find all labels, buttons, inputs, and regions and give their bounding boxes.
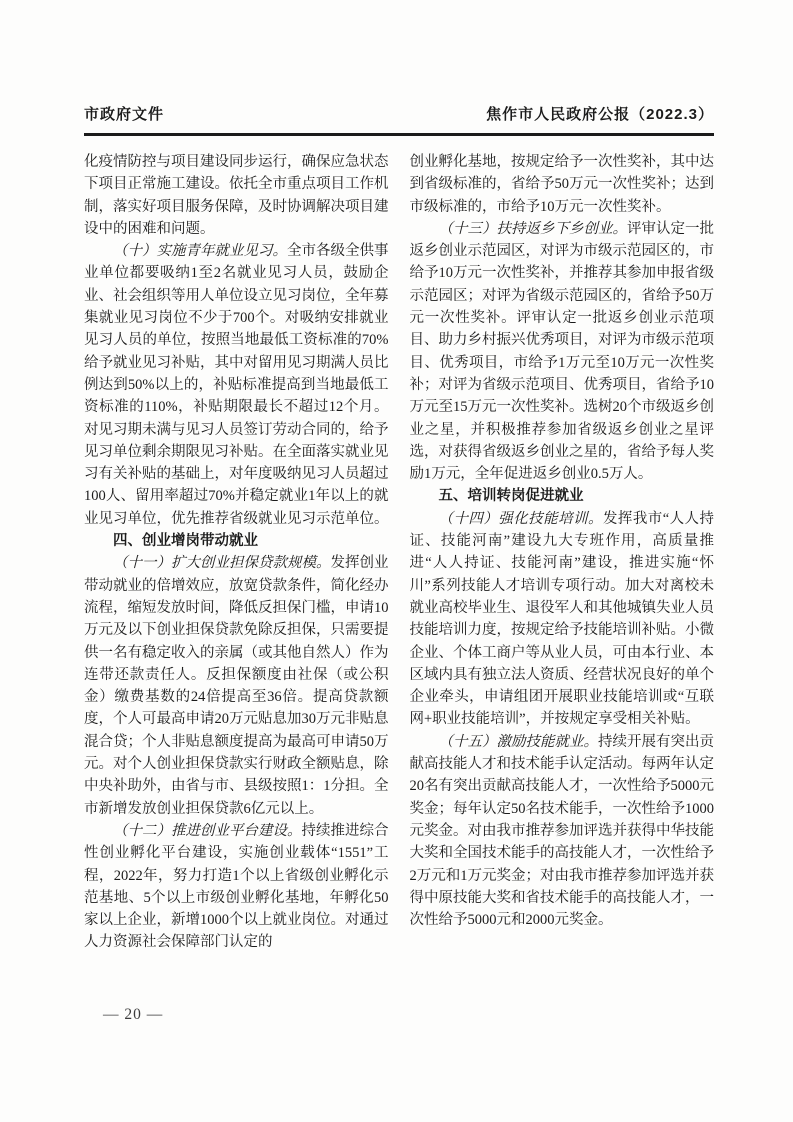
paragraph-item-14: （十四）强化技能培训。发挥我市“人人持证、技能河南”建设九大专班作用，高质量推进… [410, 508, 715, 731]
item-15-title: （十五）激励技能就业。 [439, 734, 599, 750]
section-heading-5: 五、培训转岗促进就业 [410, 485, 715, 507]
header-left-title: 市政府文件 [84, 103, 164, 124]
paragraph-item-10: （十）实施青年就业见习。全市各级全供事业单位都要吸纳1至2名就业见习人员，鼓励企… [84, 240, 389, 530]
body-columns: 化疫情防控与项目建设同步运行，确保应急状态下项目正常施工建设。依托全市重点项目工… [84, 151, 714, 1003]
item-11-title: （十一）扩大创业担保贷款规模。 [113, 555, 331, 571]
item-11-body: 发挥创业带动就业的倍增效应，放宽贷款条件，简化经办流程，缩短发放时间，降低反担保… [84, 555, 389, 816]
item-13-title: （十三）扶持返乡下乡创业。 [439, 221, 628, 237]
page-number: — 20 — [103, 1006, 163, 1024]
continuation-paragraph: 化疫情防控与项目建设同步运行，确保应急状态下项目正常施工建设。依托全市重点项目工… [84, 151, 389, 240]
header-double-rule [84, 133, 714, 136]
item-15-body: 持续开展有突出贡献高技能人才和技术能手认定活动。每两年认定20名有突出贡献高技能… [410, 734, 715, 928]
item-12-title: （十二）推进创业平台建设。 [113, 823, 302, 839]
left-column: 化疫情防控与项目建设同步运行，确保应急状态下项目正常施工建设。依托全市重点项目工… [84, 151, 389, 1003]
item-10-body: 全市各级全供事业单位都要吸纳1至2名就业见习人员，鼓励企业、社会组织等用人单位设… [84, 243, 389, 527]
continuation-paragraph: 创业孵化基地，按规定给予一次性奖补，其中达到省级标准的，省给予50万元一次性奖补… [410, 151, 715, 218]
item-14-title: （十四）强化技能培训。 [439, 511, 603, 527]
header-right-title: 焦作市人民政府公报（2022.3） [486, 103, 714, 124]
paragraph-item-11: （十一）扩大创业担保贷款规模。发挥创业带动就业的倍增效应，放宽贷款条件，简化经办… [84, 552, 389, 820]
document-page: 市政府文件 焦作市人民政府公报（2022.3） 化疫情防控与项目建设同步运行，确… [84, 0, 714, 1003]
item-14-body: 发挥我市“人人持证、技能河南”建设九大专班作用，高质量推进“人人持证、技能河南”… [410, 511, 715, 728]
section-heading-4: 四、创业增岗带动就业 [84, 530, 389, 552]
item-10-title: （十）实施青年就业见习。 [113, 243, 287, 259]
paragraph-item-13: （十三）扶持返乡下乡创业。评审认定一批返乡创业示范园区，对评为市级示范园区的，市… [410, 218, 715, 486]
page-header: 市政府文件 焦作市人民政府公报（2022.3） [84, 0, 714, 124]
paragraph-item-12: （十二）推进创业平台建设。持续推进综合性创业孵化平台建设，实施创业载体“1551… [84, 820, 389, 954]
paragraph-item-15: （十五）激励技能就业。持续开展有突出贡献高技能人才和技术能手认定活动。每两年认定… [410, 731, 715, 932]
right-column: 创业孵化基地，按规定给予一次性奖补，其中达到省级标准的，省给予50万元一次性奖补… [410, 151, 715, 1003]
item-12-body: 持续推进综合性创业孵化平台建设，实施创业载体“1551”工程，2022年，努力打… [84, 823, 389, 950]
item-13-body: 评审认定一批返乡创业示范园区，对评为市级示范园区的，市给予10万元一次性奖补，并… [410, 221, 715, 482]
